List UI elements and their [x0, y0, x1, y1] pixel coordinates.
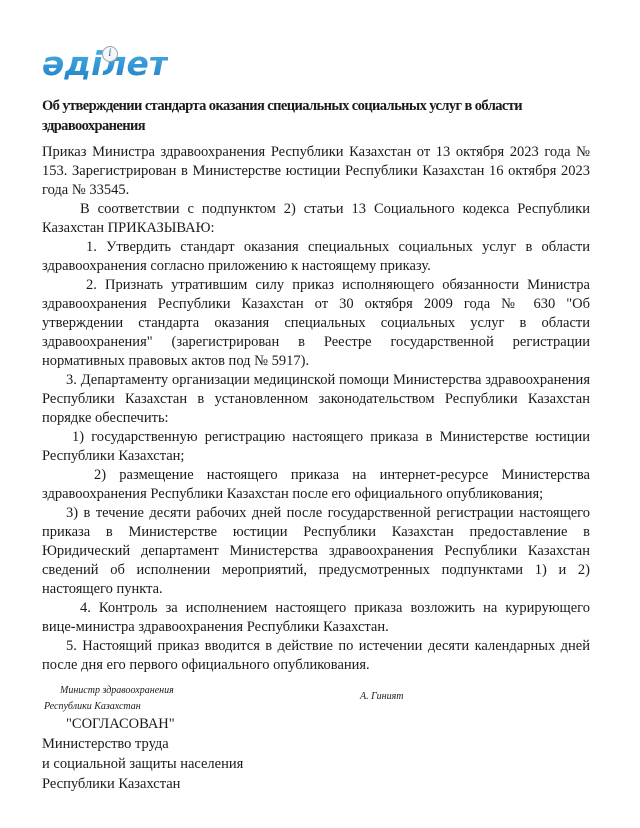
subparagraph-3-1: 1) государственную регистрацию настоящег…	[42, 428, 590, 466]
approval-line: и социальной защиты населения	[42, 754, 243, 774]
adilet-logo[interactable]: әділет i	[42, 44, 182, 84]
approval-block: "СОГЛАСОВАН" Министерство труда и социал…	[42, 714, 243, 794]
signatory-country: Республики Казахстан	[44, 699, 141, 715]
subparagraph-3-3: 3) в течение десяти рабочих дней после г…	[42, 504, 590, 599]
paragraph-5: 5. Настоящий приказ вводится в действие …	[42, 637, 590, 675]
approval-heading: "СОГЛАСОВАН"	[42, 714, 243, 734]
paragraph-3: 3. Департаменту организации медицинской …	[42, 371, 590, 428]
order-info: Приказ Министра здравоохранения Республи…	[42, 143, 590, 200]
document-body: Приказ Министра здравоохранения Республи…	[42, 143, 590, 675]
paragraph-4: 4. Контроль за исполнением настоящего пр…	[42, 599, 590, 637]
paragraph-1: 1. Утвердить стандарт оказания специальн…	[42, 238, 590, 276]
approval-line: Республики Казахстан	[42, 774, 243, 794]
subparagraph-3-2: 2) размещение настоящего приказа на инте…	[42, 466, 590, 504]
signatory-position: Министр здравоохранения	[60, 683, 174, 699]
paragraph-2: 2. Признать утратившим силу приказ испол…	[42, 276, 590, 371]
signatory-name: А. Гиният	[360, 689, 403, 705]
document-title: Об утверждении стандарта оказания специа…	[42, 96, 602, 136]
info-icon: i	[102, 46, 118, 62]
approval-line: Министерство труда	[42, 734, 243, 754]
paragraph-preamble: В соответствии с подпунктом 2) статьи 13…	[42, 200, 590, 238]
